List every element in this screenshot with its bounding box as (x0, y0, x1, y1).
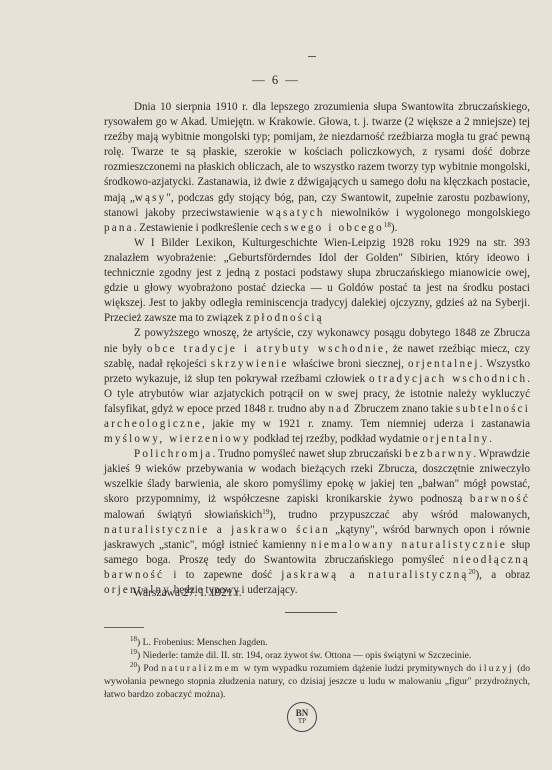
spaced-emphasis: iluzyj (479, 663, 514, 674)
text-run: Pod (143, 663, 161, 674)
text-run: Zbruczem znano takie (351, 403, 456, 415)
footnote-divider (104, 627, 144, 628)
spaced-emphasis: nad (328, 403, 351, 415)
spaced-emphasis: płodnością (254, 312, 324, 324)
text-run: Niederle: tamże dil. II. str. 194, oraz … (143, 650, 472, 661)
footnote-number: 19 (130, 648, 137, 656)
spaced-emphasis: bezbarwny (405, 448, 473, 460)
spaced-emphasis: orjentalnej (408, 358, 480, 370)
text-run: i to zapewne dość (164, 569, 281, 581)
stamp-bottom-text: TP (298, 718, 306, 725)
footnote: 20) Pod naturalizmem w tym wypadku rozum… (104, 662, 530, 701)
paragraph: Dnia 10 sierpnia 1910 r. dla lepszego zr… (104, 100, 530, 236)
text-run: . Trudno pomyśleć nawet słup zbruczański (212, 448, 405, 460)
spaced-emphasis: swego i obcego (284, 222, 384, 234)
text-run: właściwe broni siecznej, (289, 358, 408, 370)
text-run: . (489, 433, 492, 445)
spaced-emphasis: orjentalny (422, 433, 489, 445)
signoff-place-date: Warszawa 27. I. 1921 r. (133, 587, 242, 599)
text-run: . Zestawienie i podkreślenie cech (134, 222, 284, 234)
decorative-mark (308, 56, 316, 57)
text-run: ), trudno przypuszczać aby wśród malowan… (269, 509, 530, 521)
paragraph: W I Bilder Lexikon, Kulturgeschichte Wie… (104, 236, 530, 327)
paragraph: Polichromja. Trudno pomyśleć nawet słup … (104, 447, 530, 598)
text-run: , jakie my w 1921 r. znamy. Tem niemniej… (202, 418, 530, 430)
spaced-emphasis: jaskrawą a naturalistyczną (281, 569, 468, 581)
spaced-emphasis: Polichromja (134, 448, 212, 460)
text-run: ), a obraz (475, 569, 530, 581)
spaced-emphasis: skrzywienie (211, 358, 289, 370)
spaced-emphasis: obce tradycje i atrybuty wschodnie (147, 343, 385, 355)
body-text: Dnia 10 sierpnia 1910 r. dla lepszego zr… (104, 100, 530, 598)
text-run: podkład tej rzeźby, podkład wydatnie (251, 433, 423, 445)
footnote-number: 20 (130, 661, 137, 669)
paragraph: Z powyższego wnoszę, że artyście, czy wy… (104, 326, 530, 447)
spaced-emphasis: barwność (470, 493, 530, 505)
text-run: w tym wypadku rozumiem dążenie ludzi pry… (241, 663, 479, 674)
spaced-emphasis: pana (104, 222, 134, 234)
page-number: — 6 — (0, 73, 552, 88)
text-run: malowań świątyń słowiańskich (104, 509, 262, 521)
footnote: 18) L. Frobenius: Menschen Jagden. (104, 636, 530, 649)
text-run: L. Frobenius: Menschen Jagden. (143, 637, 268, 648)
text-run: ). (391, 222, 397, 234)
section-divider (285, 612, 337, 613)
spaced-emphasis: wąsy (135, 192, 167, 204)
spaced-emphasis: myślowy, wierzeniowy (104, 433, 251, 445)
spaced-emphasis: niemalowany naturalistycznie (311, 539, 507, 551)
footnote-ref: 18 (384, 221, 391, 229)
spaced-emphasis: naturalizmem (161, 663, 240, 674)
library-stamp-icon: BN TP (287, 702, 317, 732)
document-page: — 6 — Dnia 10 sierpnia 1910 r. dla lepsz… (0, 0, 552, 770)
spaced-emphasis: tradycjach wschodnich (378, 373, 527, 385)
text-run: Dnia 10 sierpnia 1910 r. dla lepszego zr… (104, 101, 530, 204)
spaced-emphasis: naturalistycznie a jaskrawo ścian (104, 524, 330, 536)
footnote-number: 18 (130, 635, 137, 643)
footnote: 19) Niederle: tamże dil. II. str. 194, o… (104, 649, 530, 662)
footnotes: 18) L. Frobenius: Menschen Jagden. 19) N… (104, 636, 530, 701)
text-run: niewolników i wygolonego mongolskiego (325, 207, 530, 219)
spaced-emphasis: wąsatych (266, 207, 325, 219)
